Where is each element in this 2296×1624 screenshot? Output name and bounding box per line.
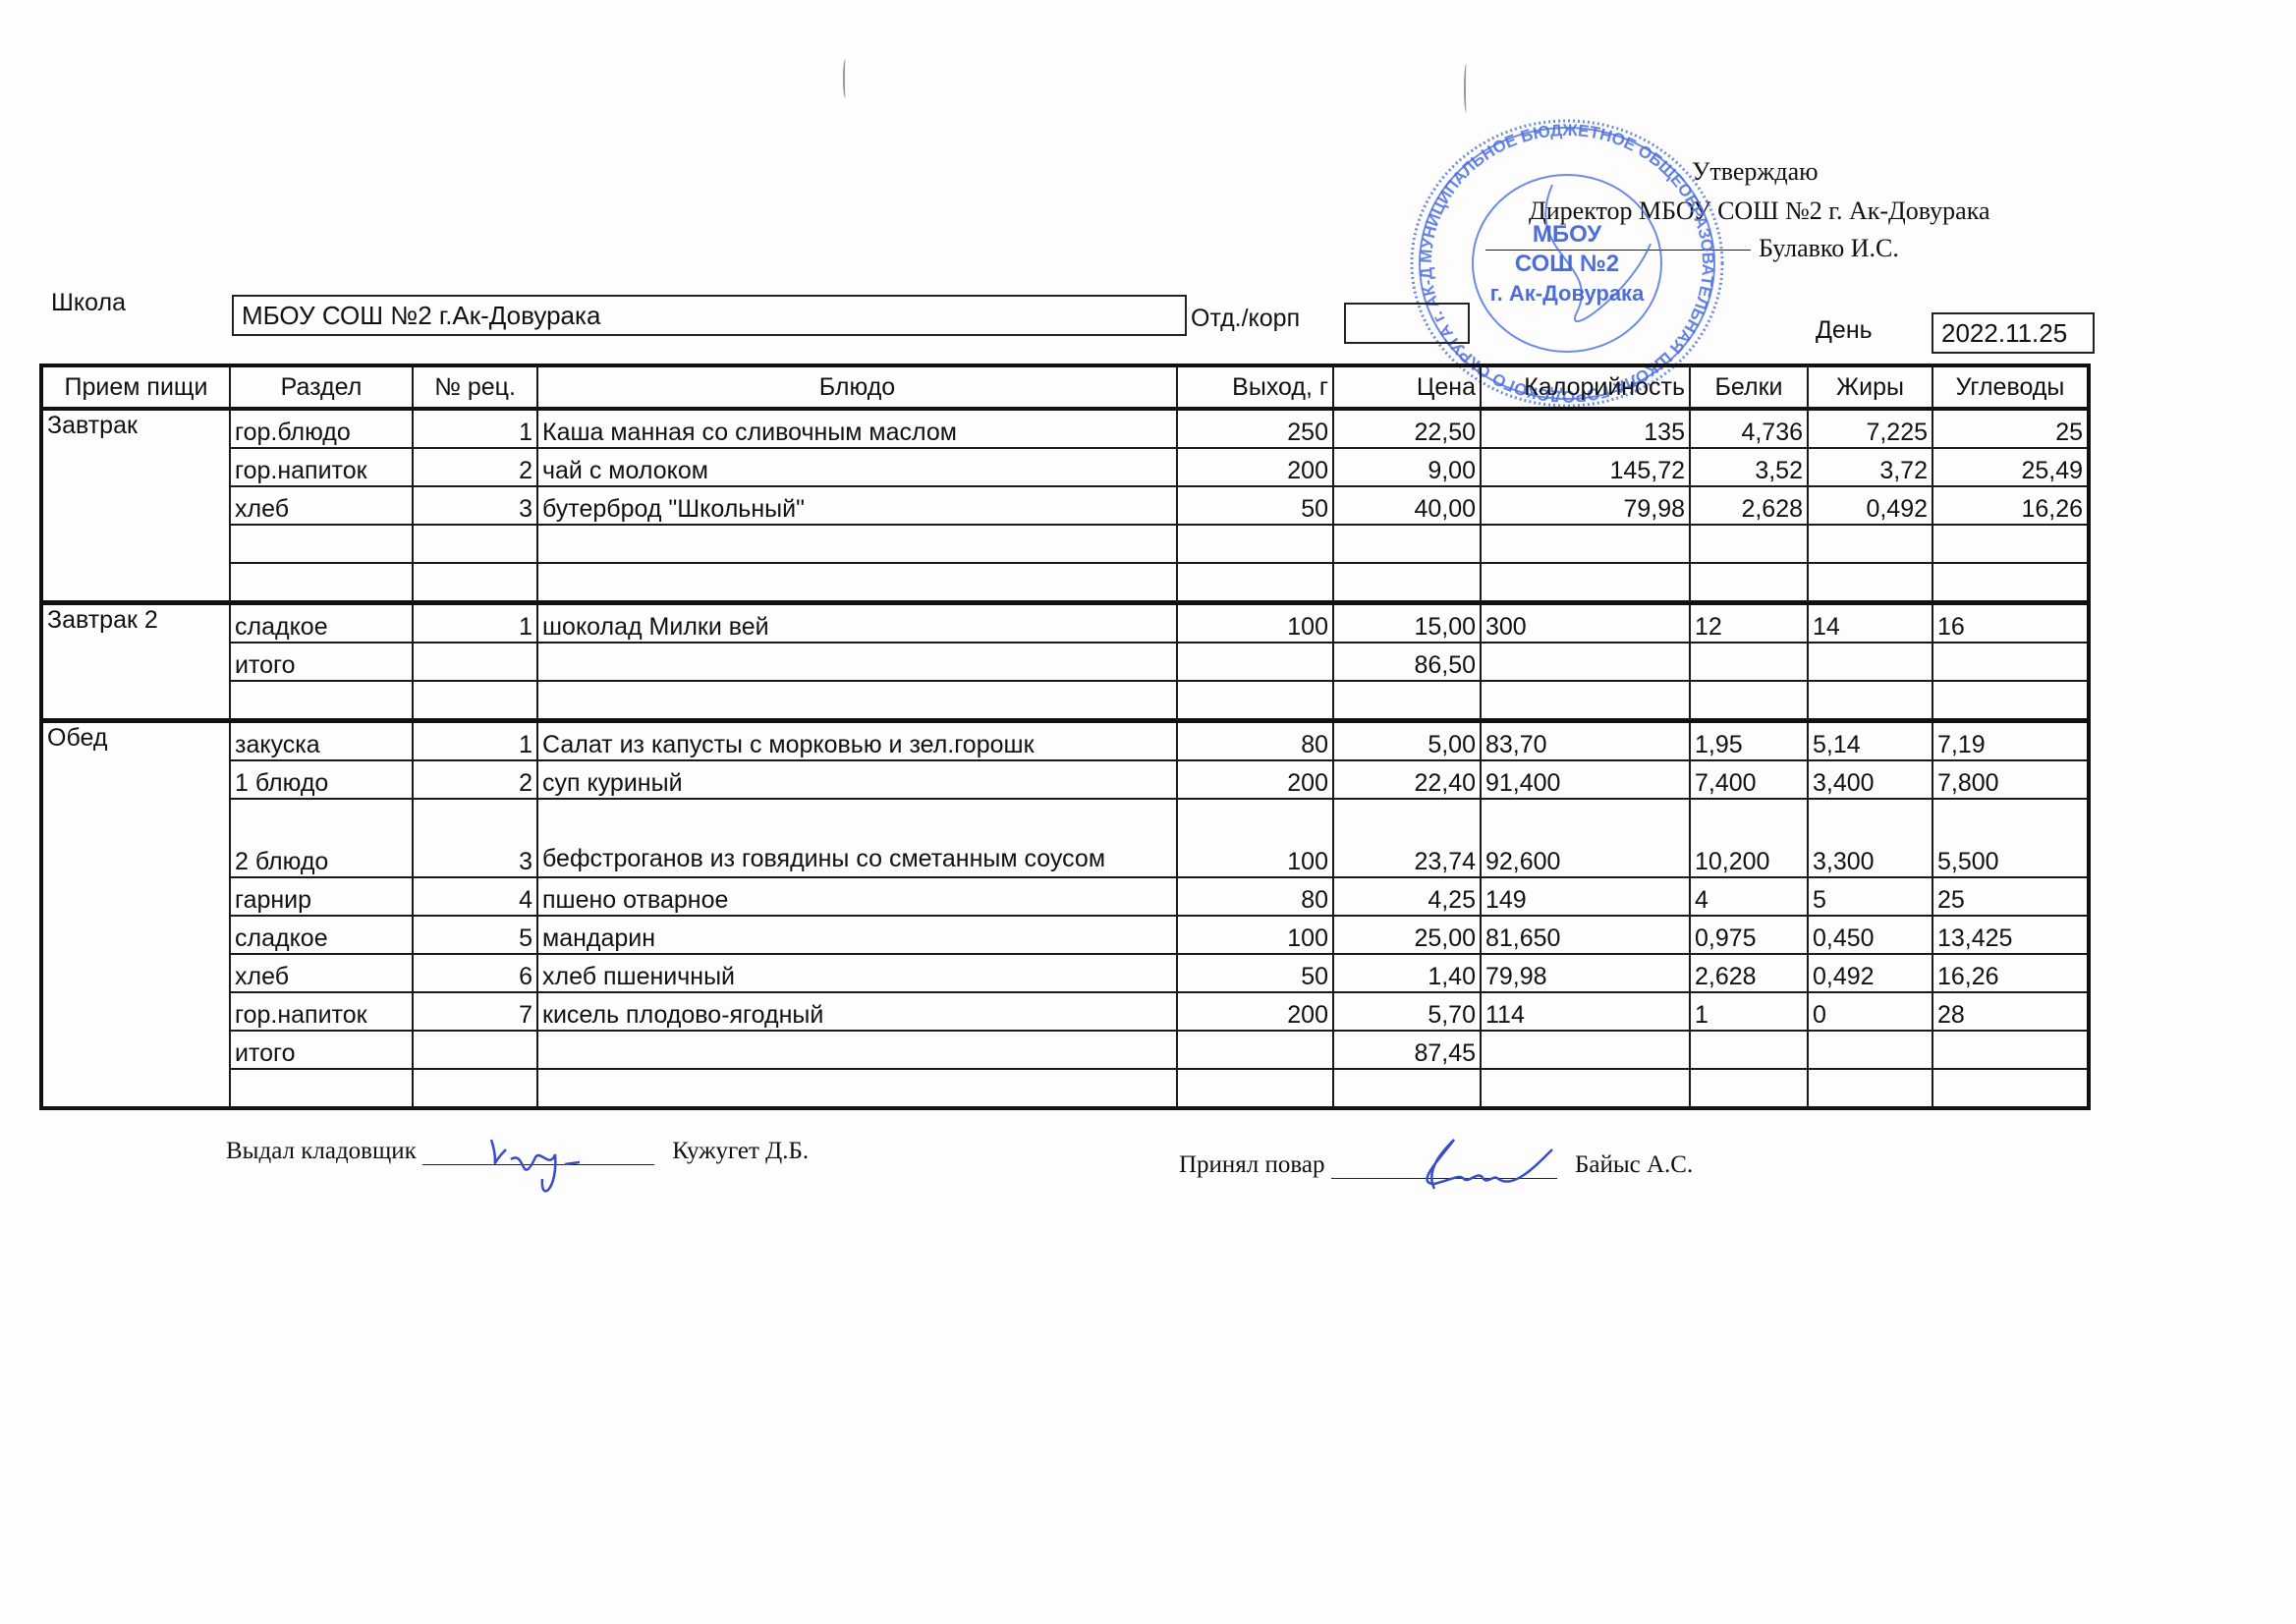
cell-kcal: 114 (1481, 992, 1690, 1031)
cell-carbs: 25,49 (1932, 448, 2089, 486)
day-field[interactable]: 2022.11.25 (1932, 312, 2095, 354)
cell-carbs (1932, 563, 2089, 603)
received-block: Принял повар Байыс А.С. (1179, 1151, 1693, 1179)
cell-recipe: 2 (413, 760, 537, 799)
cell-price: 25,00 (1333, 916, 1481, 954)
cell-protein: 1,95 (1690, 721, 1808, 761)
cell-dish: кисель плодово-ягодный (537, 992, 1177, 1031)
cell-kcal: 135 (1481, 409, 1690, 448)
cell-fat: 0,450 (1808, 916, 1932, 954)
cell-protein: 12 (1690, 603, 1808, 644)
cell-kcal (1481, 525, 1690, 563)
cell-recipe: 5 (413, 916, 537, 954)
cell-price: 87,45 (1333, 1031, 1481, 1069)
cell-recipe: 7 (413, 992, 537, 1031)
table-header-row: Прием пищи Раздел № рец. Блюдо Выход, г … (41, 365, 2089, 409)
col-kcal: Калорийность (1481, 365, 1690, 409)
cell-yield: 250 (1177, 409, 1333, 448)
cell-section: сладкое (230, 916, 413, 954)
cell-section: итого (230, 1031, 413, 1069)
cell-fat: 0,492 (1808, 954, 1932, 992)
cell-yield: 50 (1177, 954, 1333, 992)
cell-recipe: 3 (413, 486, 537, 525)
cell-dish: пшено отварное (537, 877, 1177, 916)
table-row: итого86,50 (41, 643, 2089, 681)
cell-carbs: 16,26 (1932, 486, 2089, 525)
cell-fat: 7,225 (1808, 409, 1932, 448)
table-row: хлеб3бутерброд "Школьный"5040,0079,982,6… (41, 486, 2089, 525)
cell-section: гарнир (230, 877, 413, 916)
cell-yield: 50 (1177, 486, 1333, 525)
approval-name: Булавко И.С. (1759, 229, 1899, 268)
dept-label: Отд./корп (1191, 305, 1300, 333)
cell-yield (1177, 525, 1333, 563)
cell-price: 5,70 (1333, 992, 1481, 1031)
cell-recipe: 3 (413, 799, 537, 877)
cell-fat: 0,492 (1808, 486, 1932, 525)
cell-yield: 200 (1177, 992, 1333, 1031)
dept-field[interactable] (1344, 303, 1470, 344)
stamp-outer-text: МУНИЦИПАЛЬНОЕ БЮДЖЕТНОЕ ОБЩЕОБРАЗОВАТЕЛЬ… (1405, 116, 1717, 406)
received-signature-line (1331, 1152, 1557, 1179)
cell-kcal: 79,98 (1481, 954, 1690, 992)
cell-section: гор.блюдо (230, 409, 413, 448)
cell-fat: 3,400 (1808, 760, 1932, 799)
cell-price: 1,40 (1333, 954, 1481, 992)
meal-cell: Завтрак 2 (41, 603, 230, 721)
cell-dish (537, 1069, 1177, 1108)
table-row: Завтрак 2сладкое1шоколад Милки вей10015,… (41, 603, 2089, 644)
cell-fat (1808, 563, 1932, 603)
cell-price: 40,00 (1333, 486, 1481, 525)
cell-recipe: 6 (413, 954, 537, 992)
cell-yield (1177, 1031, 1333, 1069)
cell-section (230, 563, 413, 603)
issued-block: Выдал кладовщик Кужугет Д.Б. (226, 1138, 809, 1165)
meal-cell: Обед (41, 721, 230, 1109)
cell-price: 9,00 (1333, 448, 1481, 486)
col-fat: Жиры (1808, 365, 1932, 409)
col-carbs: Углеводы (1932, 365, 2089, 409)
cell-kcal (1481, 643, 1690, 681)
cell-kcal (1481, 563, 1690, 603)
cell-section: сладкое (230, 603, 413, 644)
cell-protein (1690, 1031, 1808, 1069)
cell-protein: 1 (1690, 992, 1808, 1031)
cell-dish: хлеб пшеничный (537, 954, 1177, 992)
cell-recipe: 1 (413, 409, 537, 448)
svg-text:МУНИЦИПАЛЬНОЕ БЮДЖЕТНОЕ ОБЩЕОБ: МУНИЦИПАЛЬНОЕ БЮДЖЕТНОЕ ОБЩЕОБРАЗОВАТЕЛЬ… (1405, 116, 1717, 406)
table-row (41, 525, 2089, 563)
cell-recipe (413, 681, 537, 721)
cell-price: 22,40 (1333, 760, 1481, 799)
cell-carbs: 25 (1932, 409, 2089, 448)
cell-fat: 3,300 (1808, 799, 1932, 877)
cell-fat (1808, 1031, 1932, 1069)
col-section: Раздел (230, 365, 413, 409)
cell-dish (537, 525, 1177, 563)
cell-carbs: 7,19 (1932, 721, 2089, 761)
cell-yield (1177, 563, 1333, 603)
table-body: Завтракгор.блюдо1Каша манная со сливочны… (41, 409, 2089, 1108)
cell-kcal: 149 (1481, 877, 1690, 916)
cell-dish: мандарин (537, 916, 1177, 954)
approval-title: Утверждаю (1692, 152, 1819, 192)
cell-price: 86,50 (1333, 643, 1481, 681)
school-label: Школа (51, 289, 126, 317)
cell-protein (1690, 1069, 1808, 1108)
cell-protein (1690, 681, 1808, 721)
issued-name: Кужугет Д.Б. (672, 1138, 809, 1164)
cell-carbs: 16 (1932, 603, 2089, 644)
cell-price (1333, 563, 1481, 603)
cell-protein: 4 (1690, 877, 1808, 916)
cell-yield: 200 (1177, 760, 1333, 799)
cell-yield: 200 (1177, 448, 1333, 486)
table-row: сладкое5мандарин10025,0081,6500,9750,450… (41, 916, 2089, 954)
cell-dish: Салат из капусты с морковью и зел.горошк (537, 721, 1177, 761)
received-label: Принял повар (1179, 1151, 1325, 1178)
cell-section: закуска (230, 721, 413, 761)
cell-fat: 0 (1808, 992, 1932, 1031)
cell-recipe: 4 (413, 877, 537, 916)
table-row: Завтракгор.блюдо1Каша манная со сливочны… (41, 409, 2089, 448)
cell-price: 23,74 (1333, 799, 1481, 877)
director-signature-line (1485, 250, 1751, 251)
cell-protein: 2,628 (1690, 954, 1808, 992)
cell-recipe: 2 (413, 448, 537, 486)
cell-recipe: 1 (413, 721, 537, 761)
cell-yield: 100 (1177, 603, 1333, 644)
cell-carbs: 16,26 (1932, 954, 2089, 992)
cell-section (230, 1069, 413, 1108)
cell-section: итого (230, 643, 413, 681)
cell-dish: Каша манная со сливочным маслом (537, 409, 1177, 448)
cell-protein: 2,628 (1690, 486, 1808, 525)
cell-carbs (1932, 681, 2089, 721)
cell-price (1333, 525, 1481, 563)
cell-carbs (1932, 643, 2089, 681)
cell-fat: 3,72 (1808, 448, 1932, 486)
table-row: Обедзакуска1Салат из капусты с морковью … (41, 721, 2089, 761)
cell-carbs (1932, 525, 2089, 563)
cell-yield: 100 (1177, 916, 1333, 954)
cell-dish: суп куриный (537, 760, 1177, 799)
cell-section: гор.напиток (230, 448, 413, 486)
cell-yield (1177, 681, 1333, 721)
cell-kcal (1481, 1069, 1690, 1108)
cell-carbs: 13,425 (1932, 916, 2089, 954)
cell-protein: 0,975 (1690, 916, 1808, 954)
table-row: гарнир4пшено отварное804,251494525 (41, 877, 2089, 916)
scan-mark (843, 59, 848, 98)
table-row (41, 563, 2089, 603)
table-row: итого87,45 (41, 1031, 2089, 1069)
cell-carbs (1932, 1069, 2089, 1108)
cell-price (1333, 681, 1481, 721)
cell-carbs: 25 (1932, 877, 2089, 916)
cell-kcal: 145,72 (1481, 448, 1690, 486)
cell-section: 2 блюдо (230, 799, 413, 877)
cell-protein: 7,400 (1690, 760, 1808, 799)
meal-cell: Завтрак (41, 409, 230, 603)
cell-section: гор.напиток (230, 992, 413, 1031)
col-recipe: № рец. (413, 365, 537, 409)
cell-fat: 14 (1808, 603, 1932, 644)
cell-dish (537, 1031, 1177, 1069)
cell-section (230, 681, 413, 721)
cell-price: 4,25 (1333, 877, 1481, 916)
cell-kcal (1481, 681, 1690, 721)
cell-yield (1177, 1069, 1333, 1108)
cell-dish (537, 563, 1177, 603)
col-protein: Белки (1690, 365, 1808, 409)
approval-position: Директор МБОУ СОШ №2 г. Ак-Довурака (1529, 192, 1990, 231)
cell-kcal: 92,600 (1481, 799, 1690, 877)
cell-kcal: 83,70 (1481, 721, 1690, 761)
cell-fat: 5,14 (1808, 721, 1932, 761)
col-price: Цена (1333, 365, 1481, 409)
cell-yield: 100 (1177, 799, 1333, 877)
cell-protein (1690, 643, 1808, 681)
cell-protein: 4,736 (1690, 409, 1808, 448)
cell-kcal (1481, 1031, 1690, 1069)
issued-signature-line (422, 1139, 654, 1165)
cell-kcal: 300 (1481, 603, 1690, 644)
cell-yield (1177, 643, 1333, 681)
cell-price (1333, 1069, 1481, 1108)
cell-kcal: 91,400 (1481, 760, 1690, 799)
table-row (41, 1069, 2089, 1108)
cell-dish: чай с молоком (537, 448, 1177, 486)
cell-fat: 5 (1808, 877, 1932, 916)
cell-fat (1808, 681, 1932, 721)
cell-protein: 3,52 (1690, 448, 1808, 486)
cell-carbs: 5,500 (1932, 799, 2089, 877)
cell-recipe (413, 643, 537, 681)
cell-section: 1 блюдо (230, 760, 413, 799)
cell-recipe (413, 563, 537, 603)
cell-yield: 80 (1177, 721, 1333, 761)
table-row (41, 681, 2089, 721)
table-row: 1 блюдо2суп куриный20022,4091,4007,4003,… (41, 760, 2089, 799)
cell-dish: бутерброд "Школьный" (537, 486, 1177, 525)
cell-protein: 10,200 (1690, 799, 1808, 877)
received-name: Байыс А.С. (1575, 1151, 1693, 1178)
stamp-line-2: СОШ №2 (1515, 251, 1619, 277)
col-dish: Блюдо (537, 365, 1177, 409)
cell-recipe (413, 1069, 537, 1108)
cell-dish: бефстроганов из говядины со сметанным со… (537, 799, 1177, 877)
school-field[interactable]: МБОУ СОШ №2 г.Ак-Довурака (232, 295, 1187, 336)
cell-dish (537, 681, 1177, 721)
scan-mark (1464, 64, 1469, 113)
cell-recipe: 1 (413, 603, 537, 644)
col-meal: Прием пищи (41, 365, 230, 409)
cell-fat (1808, 1069, 1932, 1108)
table-row: гор.напиток2чай с молоком2009,00145,723,… (41, 448, 2089, 486)
table-row: хлеб6хлеб пшеничный501,4079,982,6280,492… (41, 954, 2089, 992)
cell-dish (537, 643, 1177, 681)
cell-section (230, 525, 413, 563)
cell-protein (1690, 563, 1808, 603)
cell-price: 22,50 (1333, 409, 1481, 448)
table-row: 2 блюдо3бефстроганов из говядины со смет… (41, 799, 2089, 877)
col-yield: Выход, г (1177, 365, 1333, 409)
cell-recipe (413, 1031, 537, 1069)
cell-protein (1690, 525, 1808, 563)
cell-recipe (413, 525, 537, 563)
stamp-line-3: г. Ак-Довурака (1490, 281, 1645, 306)
cell-fat (1808, 525, 1932, 563)
cell-price: 15,00 (1333, 603, 1481, 644)
table-row: гор.напиток7кисель плодово-ягодный2005,7… (41, 992, 2089, 1031)
day-label: День (1816, 316, 1873, 345)
menu-table: Прием пищи Раздел № рец. Блюдо Выход, г … (39, 364, 2087, 1110)
cell-yield: 80 (1177, 877, 1333, 916)
cell-kcal: 79,98 (1481, 486, 1690, 525)
cell-carbs: 7,800 (1932, 760, 2089, 799)
issued-label: Выдал кладовщик (226, 1138, 417, 1164)
cell-carbs: 28 (1932, 992, 2089, 1031)
cell-dish: шоколад Милки вей (537, 603, 1177, 644)
cell-kcal: 81,650 (1481, 916, 1690, 954)
cell-section: хлеб (230, 486, 413, 525)
cell-carbs (1932, 1031, 2089, 1069)
cell-fat (1808, 643, 1932, 681)
cell-section: хлеб (230, 954, 413, 992)
cell-price: 5,00 (1333, 721, 1481, 761)
